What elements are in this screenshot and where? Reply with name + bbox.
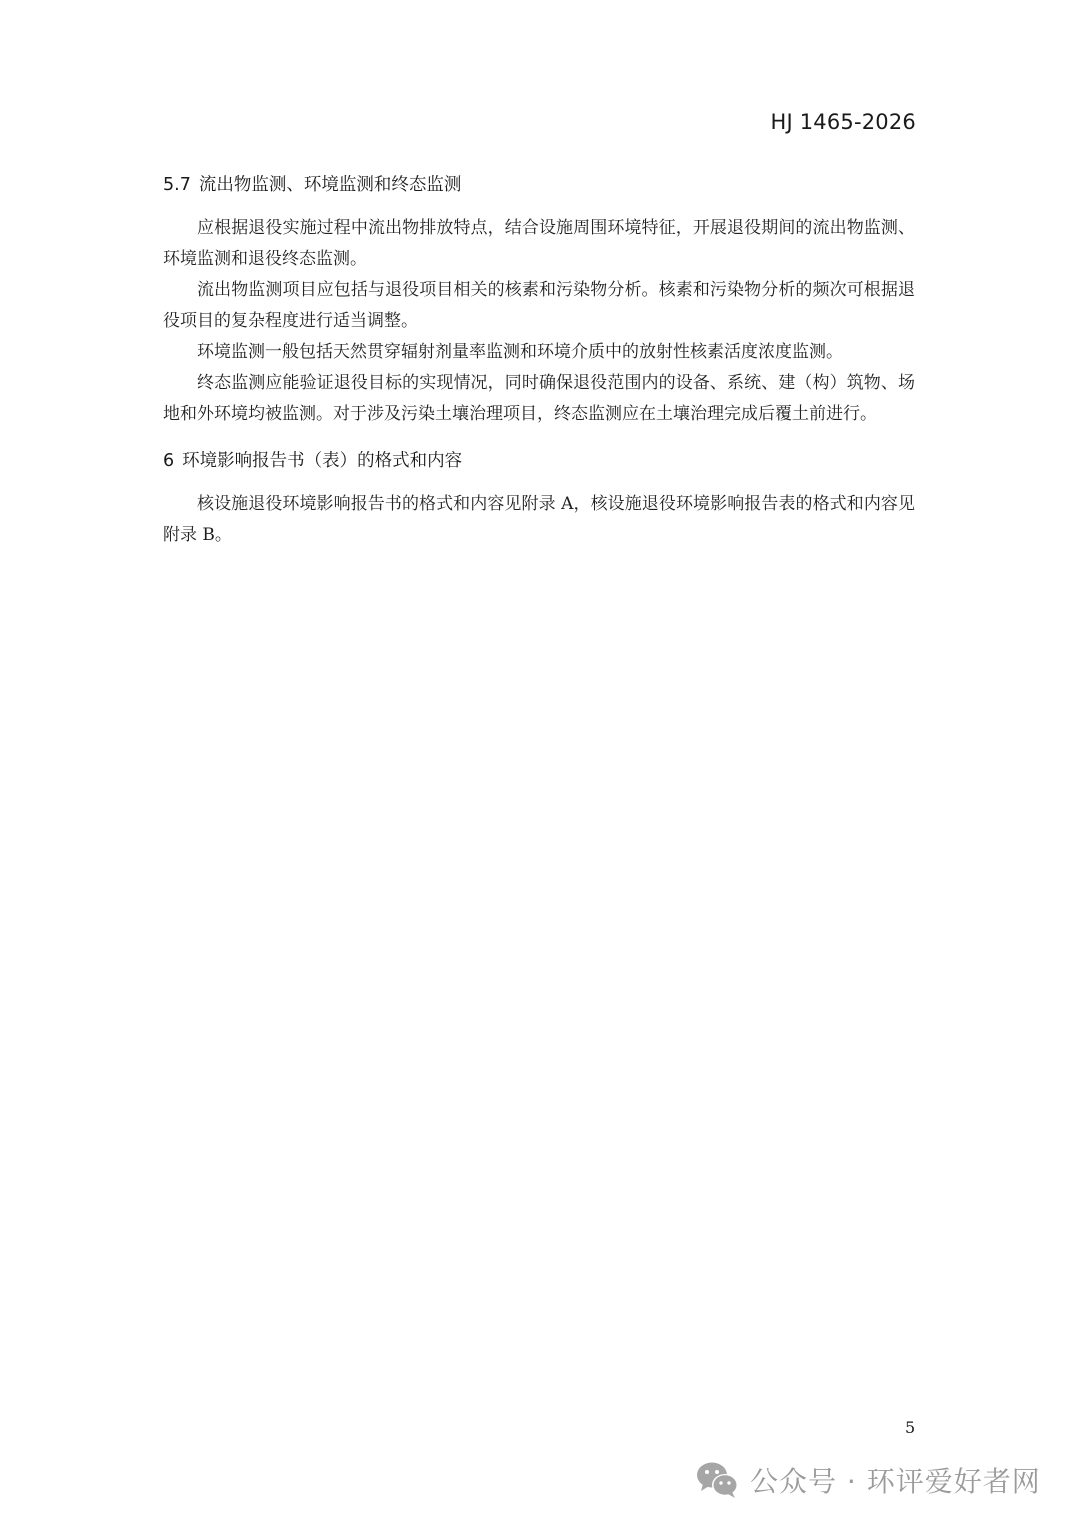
paragraph: 终态监测应能验证退役目标的实现情况，同时确保退役范围内的设备、系统、建（构）筑物… xyxy=(163,368,915,430)
paragraph: 核设施退役环境影响报告书的格式和内容见附录 A，核设施退役环境影响报告表的格式和… xyxy=(163,489,915,551)
watermark: 公众号 · 环评爱好者网 xyxy=(696,1460,1041,1500)
section-5-7: 5.7流出物监测、环境监测和终态监测 应根据退役实施过程中流出物排放特点，结合设… xyxy=(163,168,915,430)
section-heading: 5.7流出物监测、环境监测和终态监测 xyxy=(163,168,915,202)
standard-number: HJ 1465-2026 xyxy=(770,110,916,134)
paragraph: 环境监测一般包括天然贯穿辐射剂量率监测和环境介质中的放射性核素活度浓度监测。 xyxy=(163,337,915,368)
paragraph: 流出物监测项目应包括与退役项目相关的核素和污染物分析。核素和污染物分析的频次可根… xyxy=(163,275,915,337)
section-title: 环境影响报告书（表）的格式和内容 xyxy=(182,451,462,471)
section-title: 流出物监测、环境监测和终态监测 xyxy=(199,175,462,195)
section-number: 6 xyxy=(163,451,174,471)
section-6: 6环境影响报告书（表）的格式和内容 核设施退役环境影响报告书的格式和内容见附录 … xyxy=(163,444,915,551)
wechat-icon xyxy=(696,1460,740,1500)
section-number: 5.7 xyxy=(163,175,191,195)
paragraph: 应根据退役实施过程中流出物排放特点，结合设施周围环境特征，开展退役期间的流出物监… xyxy=(163,213,915,275)
watermark-text: 公众号 · 环评爱好者网 xyxy=(750,1460,1041,1500)
page-number: 5 xyxy=(905,1418,915,1437)
document-body: 5.7流出物监测、环境监测和终态监测 应根据退役实施过程中流出物排放特点，结合设… xyxy=(163,168,915,551)
section-heading: 6环境影响报告书（表）的格式和内容 xyxy=(163,444,915,478)
